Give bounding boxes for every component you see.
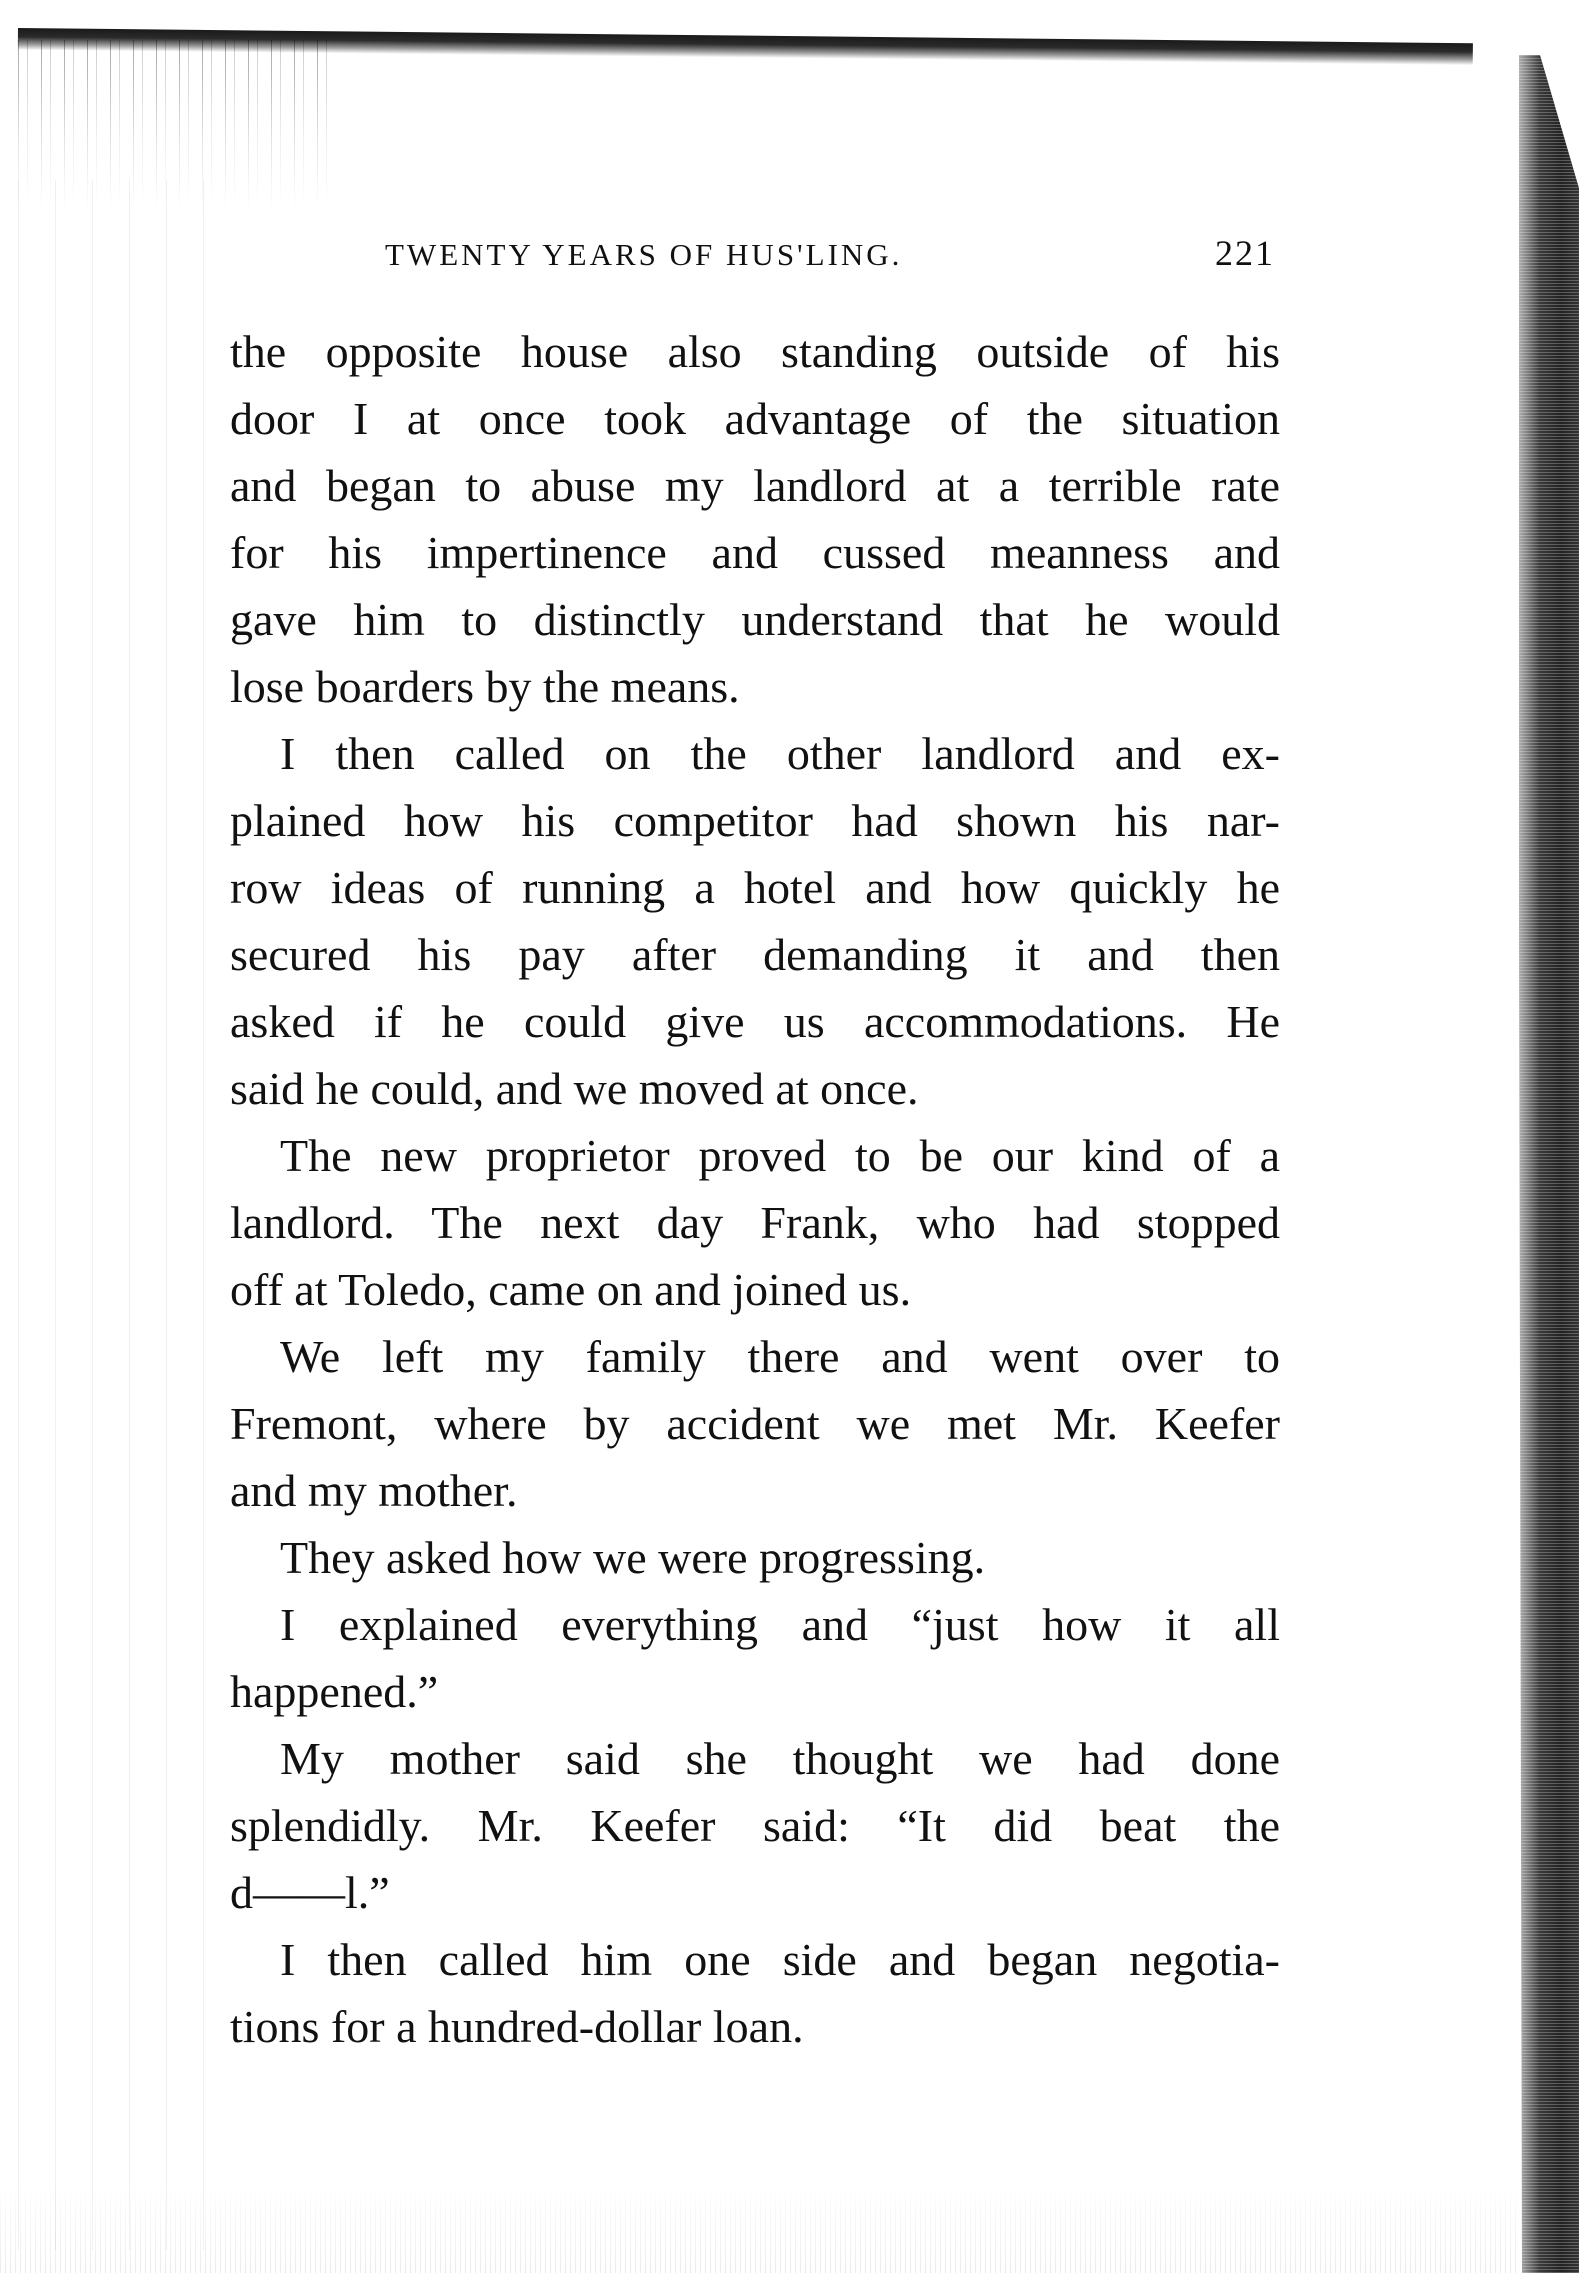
text-line: landlord. The next day Frank, who had st…	[230, 1189, 1280, 1256]
text-line: row ideas of running a hotel and how qui…	[230, 854, 1280, 921]
text-line: splendidly. Mr. Keefer said: “It did bea…	[230, 1792, 1280, 1859]
paragraph: I then called him one side and began neg…	[230, 1926, 1280, 2060]
text-line: and began to abuse my landlord at a terr…	[230, 452, 1280, 519]
text-line: I explained everything and “just how it …	[230, 1591, 1280, 1658]
paragraph: We left my family there and went over to…	[230, 1323, 1280, 1524]
scan-left-margin	[18, 180, 238, 2250]
text-line: The new proprietor proved to be our kind…	[230, 1122, 1280, 1189]
text-line: tions for a hundred-dollar loan.	[230, 1993, 1280, 2060]
text-line: I then called him one side and began neg…	[230, 1926, 1280, 1993]
text-line: Fremont, where by accident we met Mr. Ke…	[230, 1390, 1280, 1457]
paragraph: I explained everything and “just how it …	[230, 1591, 1280, 1725]
text-line: We left my family there and went over to	[230, 1323, 1280, 1390]
paragraph: I then called on the other landlord and …	[230, 720, 1280, 1122]
running-title: TWENTY YEARS OF HUS'LING.	[385, 237, 902, 273]
text-line: gave him to distinctly understand that h…	[230, 586, 1280, 653]
paragraph: The new proprietor proved to be our kind…	[230, 1122, 1280, 1323]
text-line: asked if he could give us accommodations…	[230, 988, 1280, 1055]
text-line: My mother said she thought we had done	[230, 1725, 1280, 1792]
running-header: TWENTY YEARS OF HUS'LING. 221	[385, 232, 1275, 282]
text-line: said he could, and we moved at once.	[230, 1055, 1280, 1122]
text-line: and my mother.	[230, 1457, 1280, 1524]
text-line: for his impertinence and cussed meanness…	[230, 519, 1280, 586]
paragraph: My mother said she thought we had done s…	[230, 1725, 1280, 1926]
page-number: 221	[1215, 232, 1275, 274]
scan-right-edge	[1519, 55, 1579, 2273]
text-line: happened.”	[230, 1658, 1280, 1725]
text-line: I then called on the other landlord and …	[230, 720, 1280, 787]
text-line: They asked how we were progressing.	[230, 1524, 1280, 1591]
text-line: secured his pay after demanding it and t…	[230, 921, 1280, 988]
body-text: the opposite house also standing outside…	[230, 318, 1280, 2060]
text-line: plained how his competitor had shown his…	[230, 787, 1280, 854]
text-line: the opposite house also standing outside…	[230, 318, 1280, 385]
paragraph: They asked how we were progressing.	[230, 1524, 1280, 1591]
text-line: off at Toledo, came on and joined us.	[230, 1256, 1280, 1323]
text-line: lose boarders by the means.	[230, 653, 1280, 720]
scan-bottom-noise	[0, 2183, 1520, 2273]
text-line: door I at once took advantage of the sit…	[230, 385, 1280, 452]
text-line: d——l.”	[230, 1859, 1280, 1926]
paragraph: the opposite house also standing outside…	[230, 318, 1280, 720]
